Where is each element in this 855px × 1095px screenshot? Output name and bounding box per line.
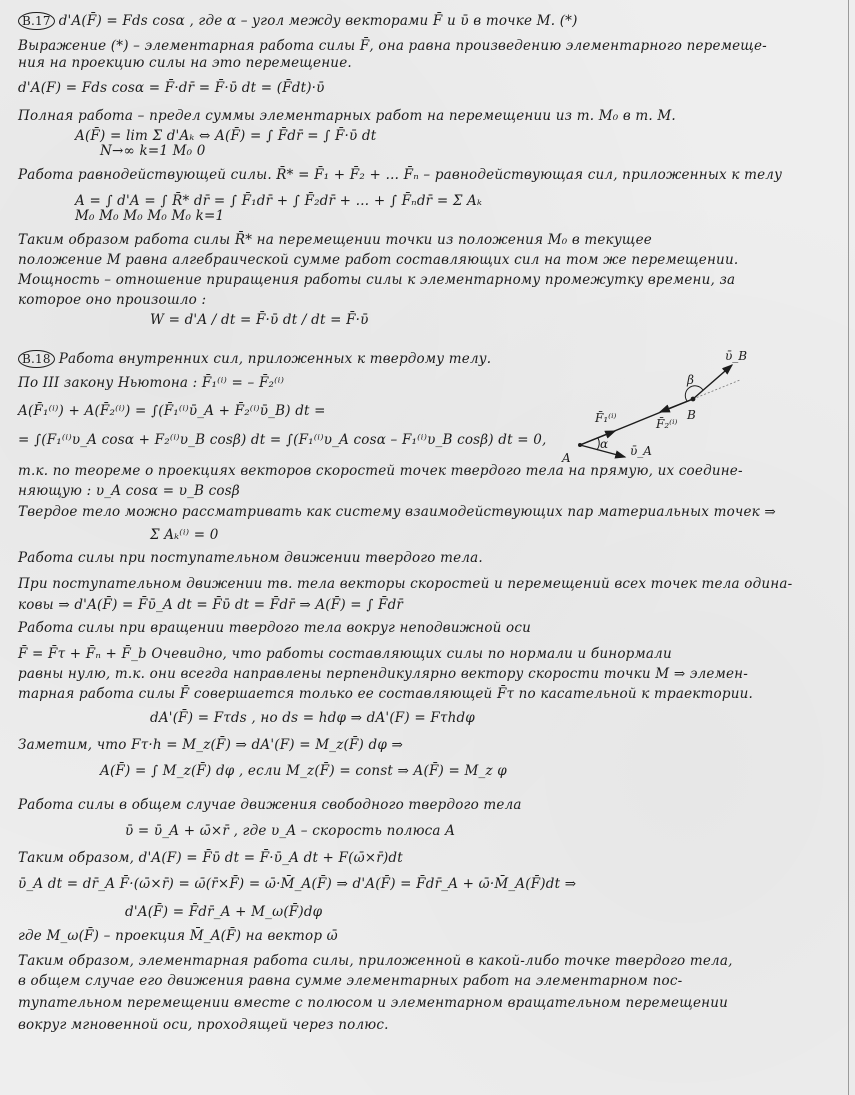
label-va: ῡ_A (630, 444, 652, 458)
line-text: По III закону Ньютона : F̄₁⁽ⁱ⁾ = – F̄₂⁽ⁱ… (18, 375, 284, 391)
text-line: Твердое тело можно рассматривать как сис… (18, 504, 776, 520)
text-line: Таким образом, элементарная работа силы,… (18, 953, 733, 969)
text-line: которое оно произошло : (18, 292, 206, 308)
text-line: Работа силы в общем случае движения своб… (18, 797, 522, 813)
text-line: тарная работа силы F̄ совершается только… (18, 686, 753, 702)
text-line: Заметим, что Fτ·h = M_z(F̄) ⇒ dA'(F) = M… (18, 737, 403, 753)
text-line: A = ∫ d'A = ∫ R̄* dr̄ = ∫ F̄₁dr̄ + ∫ F̄₂… (75, 193, 482, 209)
line-text: вокруг мгновенной оси, проходящей через … (18, 1017, 389, 1033)
line-text: A(F̄) = lim Σ d'Aₖ ⇔ A(F̄) = ∫ F̄dr̄ = ∫… (75, 128, 376, 144)
text-line: N→∞ k=1 M₀ 0 (100, 143, 206, 159)
line-text: Работа силы при вращении твердого тела в… (18, 620, 531, 636)
angle-alpha-arc (597, 438, 599, 450)
handwritten-notes-page: B.17d'A(F̄) = Fds cosα , где α – угол ме… (0, 0, 855, 1095)
line-text: ῡ = ῡ_A + ω̄×r̄ , где υ_A – скорость пол… (125, 823, 455, 839)
section-number-badge: B.17 (18, 12, 55, 30)
text-line: dA'(F̄) = Fτds , но ds = hdφ ⇒ dA'(F) = … (150, 710, 475, 726)
line-text: При поступательном движении тв. тела век… (18, 576, 792, 592)
text-line: d'A(F̄) = F̄dr̄_A + M_ω(F̄)dφ (125, 904, 322, 920)
line-text: равны нулю, т.к. они всегда направлены п… (18, 666, 748, 682)
line-text: Работа равнодействующей силы. R̄* = F̄₁ … (18, 167, 782, 183)
line-text: = ∫(F₁⁽ⁱ⁾υ_A cosα + F₂⁽ⁱ⁾υ_B cosβ) dt = … (18, 432, 547, 448)
line-text: Твердое тело можно рассматривать как сис… (18, 504, 776, 520)
text-line: M₀ M₀ M₀ M₀ M₀ k=1 (75, 208, 224, 224)
text-line: ῡ_A dt = dr̄_A F̄·(ω̄×r̄) = ω̄(r̄×F̄) = … (18, 876, 576, 892)
line-text: ния на проекцию силы на это перемещение. (18, 55, 352, 71)
text-line: По III закону Ньютона : F̄₁⁽ⁱ⁾ = – F̄₂⁽ⁱ… (18, 375, 284, 391)
line-text: в общем случае его движения равна сумме … (18, 973, 682, 989)
label-vb: ῡ_B (725, 349, 747, 363)
line-text: F̄ = F̄τ + F̄ₙ + F̄_b Очевидно, что рабо… (18, 646, 672, 662)
force-f1-arrow (580, 431, 615, 445)
text-line: ния на проекцию силы на это перемещение. (18, 55, 352, 71)
line-text: A(F̄) = ∫ M_z(F̄) dφ , если M_z(F̄) = co… (100, 763, 507, 779)
line-text: Σ Aₖ⁽ⁱ⁾ = 0 (150, 527, 219, 543)
label-beta: β (686, 373, 694, 387)
line-text: Выражение (*) – элементарная работа силы… (18, 38, 767, 54)
label-f2: F̄₂⁽ⁱ⁾ (655, 416, 677, 431)
line-text: Работа силы в общем случае движения своб… (18, 797, 522, 813)
page-edge (848, 0, 849, 1095)
text-line: няющую : υ_A cosα = υ_B cosβ (18, 483, 240, 499)
line-text: Работа силы при поступательном движении … (18, 550, 483, 566)
line-text: тарная работа силы F̄ совершается только… (18, 686, 753, 702)
text-line: Работа силы при вращении твердого тела в… (18, 620, 531, 636)
text-line: F̄ = F̄τ + F̄ₙ + F̄_b Очевидно, что рабо… (18, 646, 672, 662)
text-line: равны нулю, т.к. они всегда направлены п… (18, 666, 748, 682)
text-line: положение M равна алгебраической сумме р… (18, 252, 738, 268)
label-alpha: α (600, 437, 608, 451)
text-line: A(F̄) = lim Σ d'Aₖ ⇔ A(F̄) = ∫ F̄dr̄ = ∫… (75, 128, 376, 144)
text-line: Работа силы при поступательном движении … (18, 550, 483, 566)
text-line: ῡ = ῡ_A + ω̄×r̄ , где υ_A – скорость пол… (125, 823, 455, 839)
text-line: Работа равнодействующей силы. R̄* = F̄₁ … (18, 167, 782, 183)
line-text: N→∞ k=1 M₀ 0 (100, 143, 206, 159)
point-b (691, 397, 696, 402)
label-b: B (686, 408, 696, 422)
text-line: d'A(F) = Fds cosα = F̄·dr̄ = F̄·ῡ dt = (… (18, 80, 325, 96)
line-text: ῡ_A dt = dr̄_A F̄·(ω̄×r̄) = ω̄(r̄×F̄) = … (18, 876, 576, 892)
internal-forces-diagram: A B α β ῡ_A ῡ_B F̄₁⁽ⁱ⁾ F̄₂⁽ⁱ⁾ (560, 340, 760, 470)
text-line: A(F̄₁⁽ⁱ⁾) + A(F̄₂⁽ⁱ⁾) = ∫(F̄₁⁽ⁱ⁾ῡ_A + F̄… (18, 403, 326, 419)
line-text: W = d'A / dt = F̄·ῡ dt / dt = F̄·ῡ (150, 312, 369, 328)
line-text: где M_ω(F̄) – проекция M̄_A(F̄) на векто… (18, 928, 338, 944)
text-line: A(F̄) = ∫ M_z(F̄) dφ , если M_z(F̄) = co… (100, 763, 507, 779)
line-text: A(F̄₁⁽ⁱ⁾) + A(F̄₂⁽ⁱ⁾) = ∫(F̄₁⁽ⁱ⁾ῡ_A + F̄… (18, 403, 326, 419)
text-line: ковы ⇒ d'A(F̄) = F̄ῡ_A dt = F̄ῡ dt = F̄d… (18, 597, 403, 613)
line-text: Полная работа – предел суммы элементарны… (18, 108, 676, 124)
line-text: d'A(F) = Fds cosα = F̄·dr̄ = F̄·ῡ dt = (… (18, 80, 325, 96)
line-text: ковы ⇒ d'A(F̄) = F̄ῡ_A dt = F̄ῡ dt = F̄d… (18, 597, 403, 613)
line-text: dA'(F̄) = Fτds , но ds = hdφ ⇒ dA'(F) = … (150, 710, 475, 726)
text-line: в общем случае его движения равна сумме … (18, 973, 682, 989)
text-line: = ∫(F₁⁽ⁱ⁾υ_A cosα + F₂⁽ⁱ⁾υ_B cosβ) dt = … (18, 432, 547, 448)
text-line: тупательном перемещении вместе с полюсом… (18, 995, 728, 1011)
line-text: Мощность – отношение приращения работы с… (18, 272, 735, 288)
line-text: A = ∫ d'A = ∫ R̄* dr̄ = ∫ F̄₁dr̄ + ∫ F̄₂… (75, 193, 482, 209)
text-line: Выражение (*) – элементарная работа силы… (18, 38, 767, 54)
line-text: положение M равна алгебраической сумме р… (18, 252, 738, 268)
text-line: Таким образом работа силы R̄* на перемещ… (18, 232, 652, 248)
line-text: Таким образом работа силы R̄* на перемещ… (18, 232, 652, 248)
velocity-vb-arrow (693, 365, 732, 399)
line-text: тупательном перемещении вместе с полюсом… (18, 995, 728, 1011)
text-line: B.17d'A(F̄) = Fds cosα , где α – угол ме… (18, 12, 578, 30)
text-line: Мощность – отношение приращения работы с… (18, 272, 735, 288)
line-text: которое оно произошло : (18, 292, 206, 308)
line-text: Таким образом, элементарная работа силы,… (18, 953, 733, 969)
line-text: Работа внутренних сил, приложенных к тве… (59, 351, 492, 367)
text-line: вокруг мгновенной оси, проходящей через … (18, 1017, 389, 1033)
text-line: Таким образом, d'A(F) = F̄ῡ dt = F̄·ῡ_A … (18, 850, 403, 866)
line-text: няющую : υ_A cosα = υ_B cosβ (18, 483, 240, 499)
text-line: Σ Aₖ⁽ⁱ⁾ = 0 (150, 527, 219, 543)
label-a: A (561, 451, 571, 465)
section-number-badge: B.18 (18, 350, 55, 368)
line-text: Таким образом, d'A(F) = F̄ῡ dt = F̄·ῡ_A … (18, 850, 403, 866)
point-a (578, 443, 582, 447)
text-line: W = d'A / dt = F̄·ῡ dt / dt = F̄·ῡ (150, 312, 369, 328)
line-text: d'A(F̄) = Fds cosα , где α – угол между … (59, 13, 578, 29)
line-text: d'A(F̄) = F̄dr̄_A + M_ω(F̄)dφ (125, 904, 322, 920)
text-line: Полная работа – предел суммы элементарны… (18, 108, 676, 124)
text-line: где M_ω(F̄) – проекция M̄_A(F̄) на векто… (18, 928, 338, 944)
text-line: При поступательном движении тв. тела век… (18, 576, 792, 592)
label-f1: F̄₁⁽ⁱ⁾ (594, 410, 616, 425)
line-text: M₀ M₀ M₀ M₀ M₀ k=1 (75, 208, 224, 224)
line-text: Заметим, что Fτ·h = M_z(F̄) ⇒ dA'(F) = M… (18, 737, 403, 753)
text-line: B.18Работа внутренних сил, приложенных к… (18, 350, 491, 368)
